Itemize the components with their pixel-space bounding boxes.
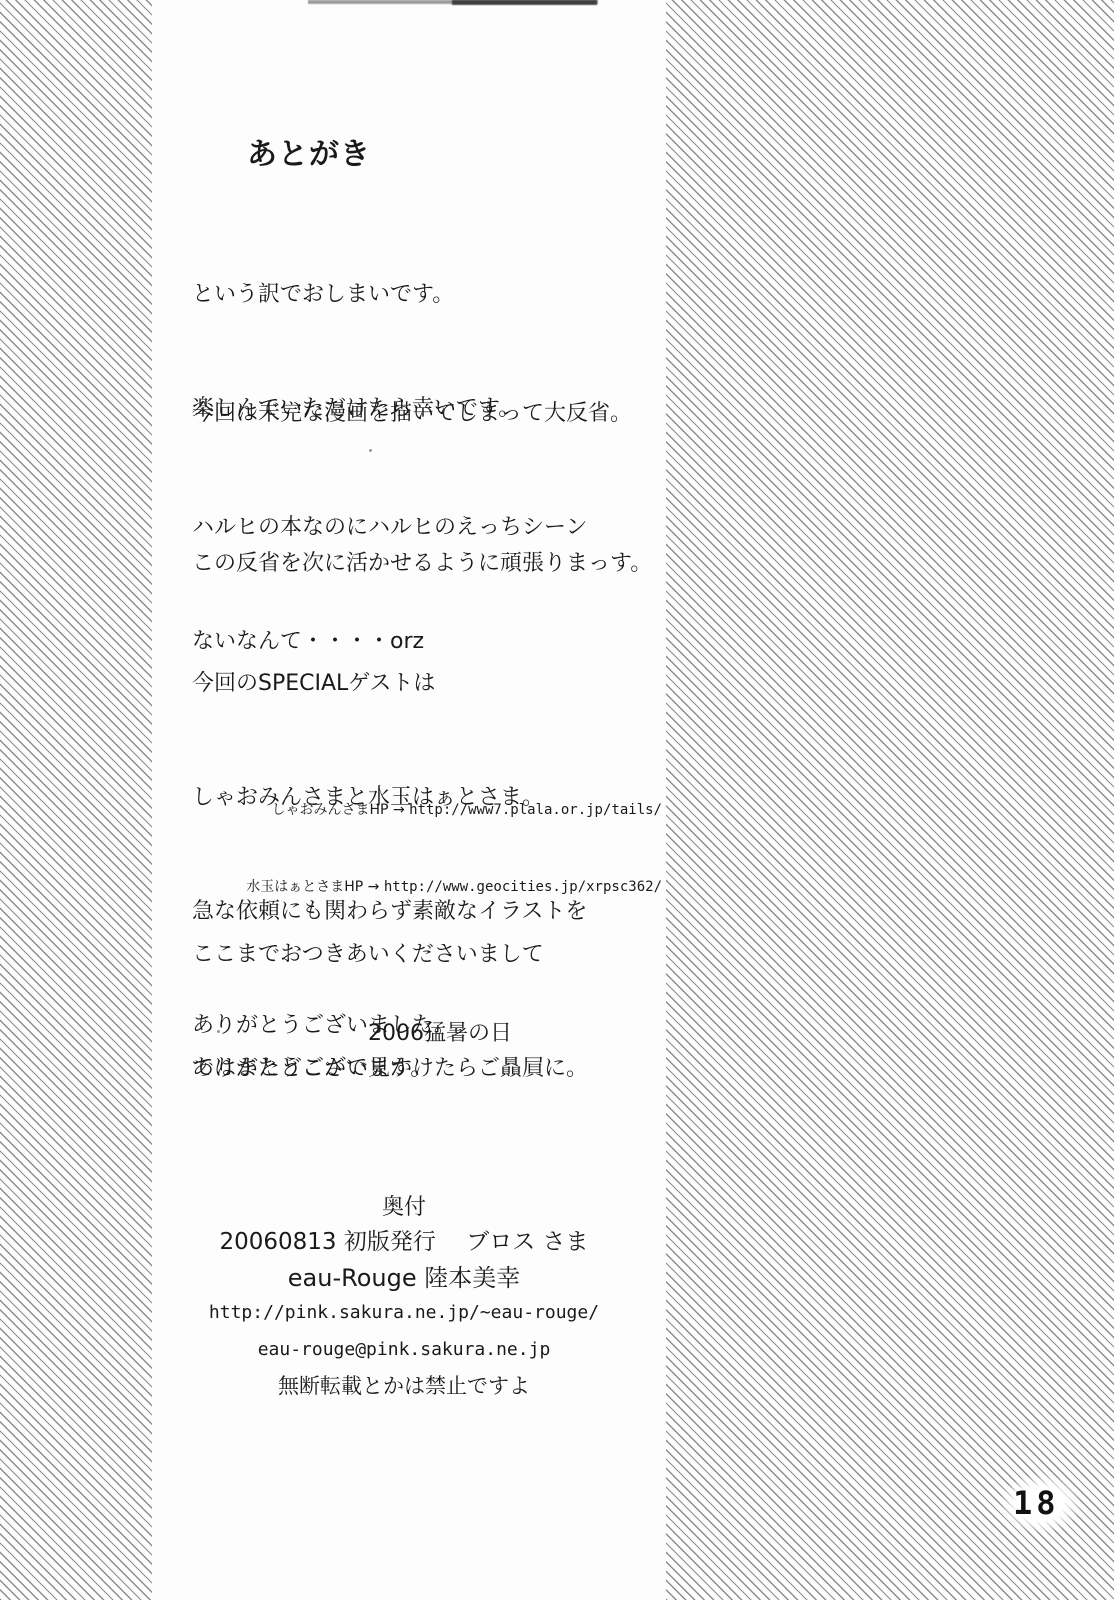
colophon-website-url: http://pink.sakura.ne.jp/~eau-rouge/ xyxy=(140,1298,668,1328)
date-signature: 2006猛暑の日 xyxy=(368,1015,512,1053)
text-line: という訳でおしまいです。 xyxy=(192,276,520,314)
colophon-edition-line: 20060813 初版発行 ブロス さま xyxy=(140,1227,668,1257)
colophon-email-address: eau-rouge@pink.sakura.ne.jp xyxy=(140,1335,668,1365)
colophon-reprint-notice: 無断転載とかは禁止ですよ xyxy=(140,1371,668,1401)
colophon-heading: 奥付 xyxy=(140,1193,668,1223)
text-line: ではまたどこかで見かけたらご贔屓に。 xyxy=(192,1050,588,1088)
paragraph-farewell: ではまたどこかで見かけたらご贔屓に。 xyxy=(192,974,588,1164)
colophon-circle-author: eau-Rouge 陸本美幸 xyxy=(140,1263,668,1293)
arrow-glyph: → xyxy=(393,802,405,818)
guest-name-label: しゃおみんさまHP xyxy=(272,802,389,818)
left-hatch-border xyxy=(0,0,152,1600)
page-number: 18 xyxy=(1013,1484,1060,1522)
text-line: 今回のSPECIALゲストは xyxy=(192,665,587,703)
guest-url-text: http://www7.plala.or.jp/tails/ xyxy=(409,802,662,818)
right-hatch-border xyxy=(666,0,1114,1600)
text-line: この反省を次に活かせるように頑張りまっす。 xyxy=(192,545,652,583)
text-line: ここまでおつきあいくださいまして xyxy=(192,936,544,974)
afterword-title: あとがき xyxy=(247,137,371,173)
guest-link-row: しゃおみんさまHP → http://www7.plala.or.jp/tail… xyxy=(246,798,662,824)
scanned-afterword-page: あとがき という訳でおしまいです。 楽しんでいただけたら幸いです。 今回は未完な… xyxy=(0,0,1114,1600)
text-line: 今回は未完な漫画を描いてしまって大反省。 xyxy=(192,395,632,433)
scan-noise-strip-dark xyxy=(452,0,597,5)
